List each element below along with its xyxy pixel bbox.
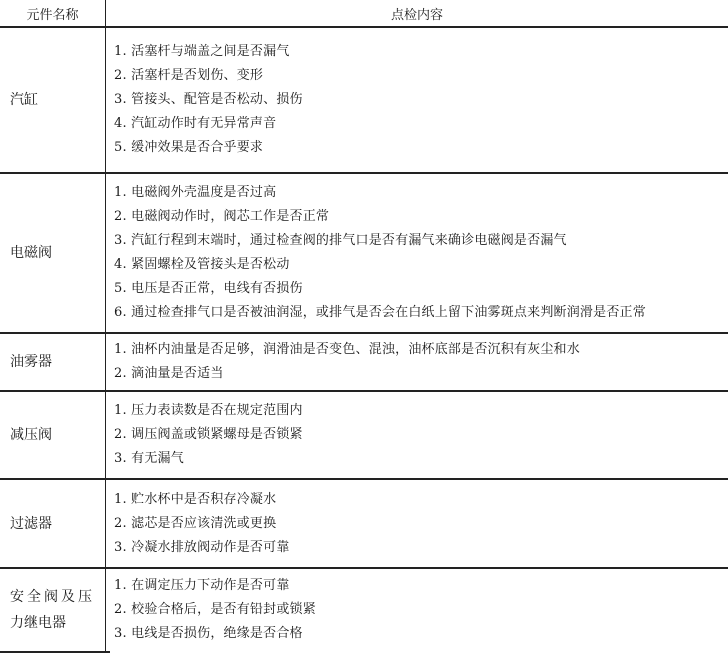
inspection-item: 2. 滤芯是否应该清洗或更换 [114, 512, 728, 536]
table-row-lubricator: 油雾器 1. 油杯内油量是否足够，润滑油是否变色、混浊，油杯底部是否沉积有灰尘和… [0, 334, 728, 390]
inspection-item: 2. 滴油量是否适当 [114, 362, 728, 386]
component-name-line: 安全阀及压 [10, 584, 95, 610]
table-row-solenoid-valve: 电磁阀 1. 电磁阀外壳温度是否过高 2. 电磁阀动作时，阀芯工作是否正常 3.… [0, 174, 728, 332]
inspection-table: 元件名称 点检内容 汽缸 1. 活塞杆与端盖之间是否漏气 2. 活塞杆是否划伤、… [0, 0, 728, 653]
table-row-filter: 过滤器 1. 贮水杯中是否积存冷凝水 2. 滤芯是否应该清洗或更换 3. 冷凝水… [0, 480, 728, 567]
inspection-item: 1. 压力表读数是否在规定范围内 [114, 399, 728, 423]
component-name-line: 力继电器 [10, 610, 66, 636]
inspection-items: 1. 贮水杯中是否积存冷凝水 2. 滤芯是否应该清洗或更换 3. 冷凝水排放阀动… [114, 480, 728, 567]
component-name: 过滤器 [0, 480, 105, 567]
inspection-item: 4. 汽缸动作时有无异常声音 [114, 112, 728, 136]
inspection-item: 5. 电压是否正常，电线有否损伤 [114, 277, 728, 301]
inspection-items: 1. 电磁阀外壳温度是否过高 2. 电磁阀动作时，阀芯工作是否正常 3. 汽缸行… [114, 174, 728, 332]
inspection-item: 1. 电磁阀外壳温度是否过高 [114, 181, 728, 205]
inspection-item: 6. 通过检查排气口是否被油润湿，或排气是否会在白纸上留下油雾斑点来判断润滑是否… [114, 301, 728, 325]
table-row-cylinder: 汽缸 1. 活塞杆与端盖之间是否漏气 2. 活塞杆是否划伤、变形 3. 管接头、… [0, 28, 728, 172]
inspection-items: 1. 在调定压力下动作是否可靠 2. 校验合格后，是否有铅封或锁紧 3. 电线是… [114, 569, 728, 651]
inspection-item: 2. 活塞杆是否划伤、变形 [114, 64, 728, 88]
inspection-item: 1. 油杯内油量是否足够，润滑油是否变色、混浊，油杯底部是否沉积有灰尘和水 [114, 338, 728, 362]
inspection-item: 2. 校验合格后，是否有铅封或锁紧 [114, 598, 728, 622]
inspection-item: 1. 贮水杯中是否积存冷凝水 [114, 488, 728, 512]
component-name: 油雾器 [0, 334, 105, 390]
inspection-item: 3. 管接头、配管是否松动、损伤 [114, 88, 728, 112]
inspection-item: 1. 活塞杆与端盖之间是否漏气 [114, 40, 728, 64]
inspection-item: 3. 有无漏气 [114, 447, 728, 471]
inspection-item: 3. 汽缸行程到末端时，通过检查阀的排气口是否有漏气来确诊电磁阀是否漏气 [114, 229, 728, 253]
inspection-items: 1. 压力表读数是否在规定范围内 2. 调压阀盖或锁紧螺母是否锁紧 3. 有无漏… [114, 392, 728, 478]
component-name: 安全阀及压 力继电器 [0, 569, 105, 651]
header-inspection-content: 点检内容 [106, 0, 728, 26]
inspection-items: 1. 活塞杆与端盖之间是否漏气 2. 活塞杆是否划伤、变形 3. 管接头、配管是… [114, 28, 728, 172]
inspection-item: 2. 电磁阀动作时，阀芯工作是否正常 [114, 205, 728, 229]
inspection-item: 3. 电线是否损伤，绝缘是否合格 [114, 622, 728, 646]
inspection-item: 2. 调压阀盖或锁紧螺母是否锁紧 [114, 423, 728, 447]
component-name: 减压阀 [0, 392, 105, 478]
component-name: 汽缸 [0, 28, 105, 172]
inspection-item: 1. 在调定压力下动作是否可靠 [114, 574, 728, 598]
header-component-name: 元件名称 [0, 0, 105, 26]
inspection-item: 5. 缓冲效果是否合乎要求 [114, 136, 728, 160]
inspection-item: 3. 冷凝水排放阀动作是否可靠 [114, 536, 728, 560]
table-row-safety-valve-pressure-relay: 安全阀及压 力继电器 1. 在调定压力下动作是否可靠 2. 校验合格后，是否有铅… [0, 569, 728, 651]
inspection-item: 4. 紧固螺栓及管接头是否松动 [114, 253, 728, 277]
component-name: 电磁阀 [0, 174, 105, 332]
table-row-pressure-reducing-valve: 减压阀 1. 压力表读数是否在规定范围内 2. 调压阀盖或锁紧螺母是否锁紧 3.… [0, 392, 728, 478]
inspection-items: 1. 油杯内油量是否足够，润滑油是否变色、混浊，油杯底部是否沉积有灰尘和水 2.… [114, 334, 728, 390]
